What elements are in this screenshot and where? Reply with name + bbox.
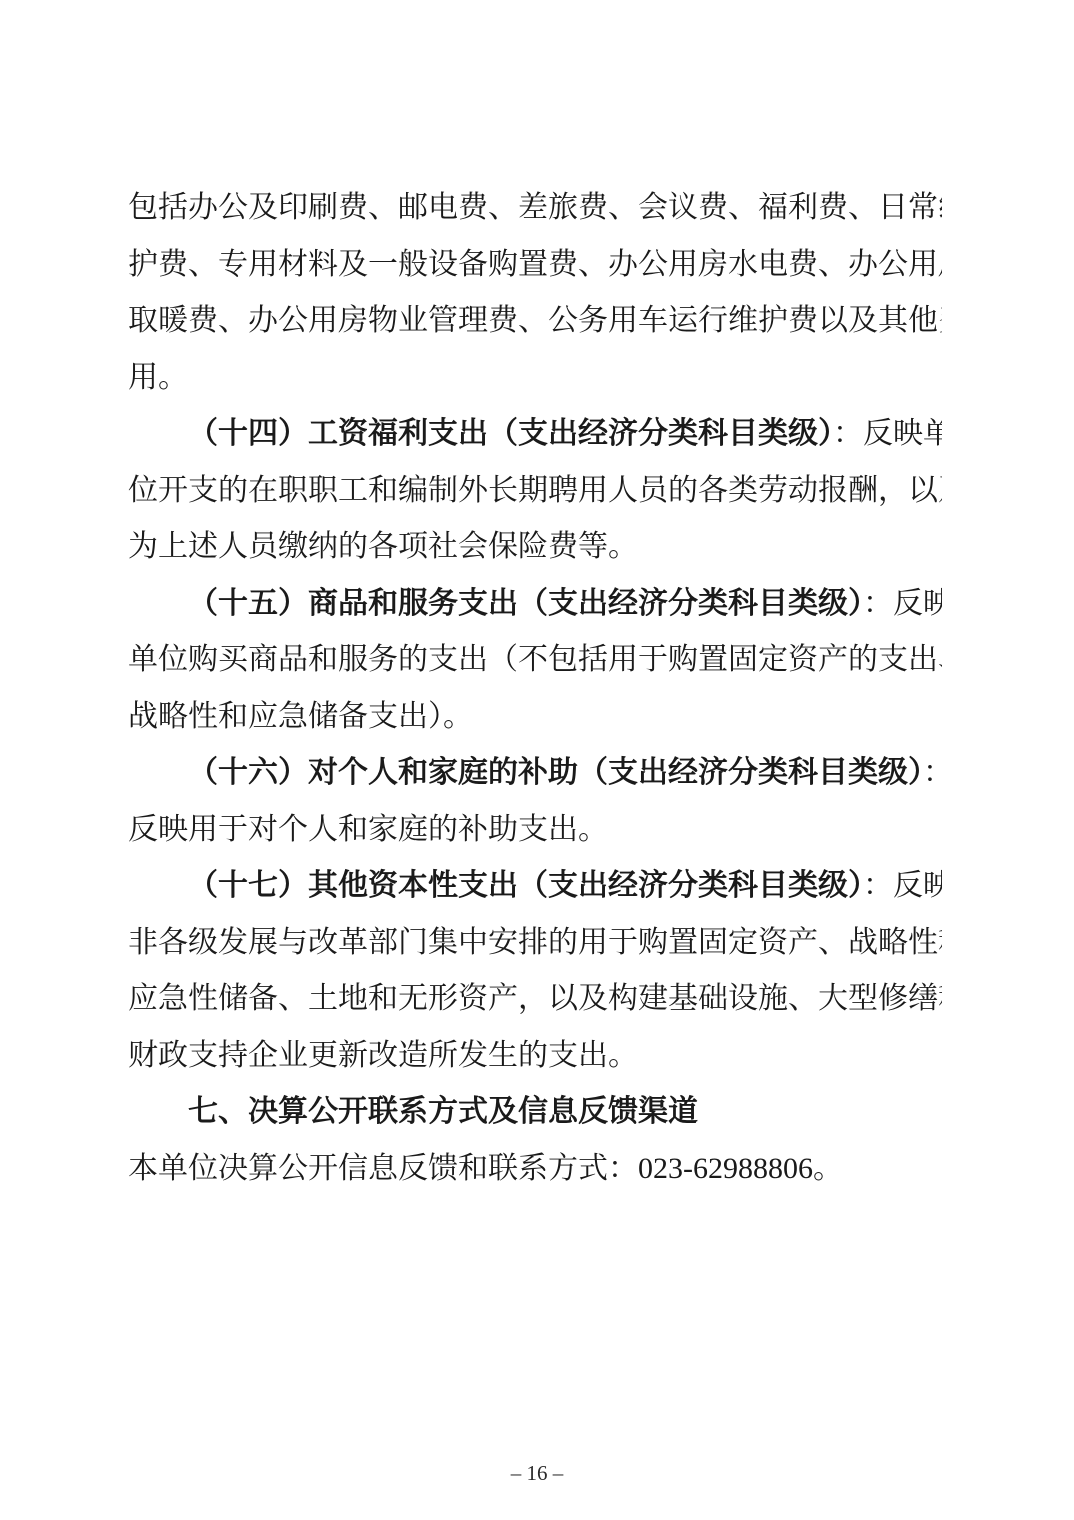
body-text: 包括办公及印刷费、邮电费、差旅费、会议费、福利费、日常维	[128, 191, 942, 224]
text-line: 护费、专用材料及一般设备购置费、办公用房水电费、办公用房	[128, 237, 942, 294]
body-text: 应急性储备、土地和无形资产，以及构建基础设施、大型修缮和	[128, 982, 942, 1015]
paragraph-item-17-other-capital: （十七）其他资本性支出（支出经济分类科目类级）：反映 非各级发展与改革部门集中安…	[128, 858, 942, 1084]
paragraph-item-16-subsidies: （十六）对个人和家庭的补助（支出经济分类科目类级）： 反映用于对个人和家庭的补助…	[128, 745, 942, 858]
body-text: 护费、专用材料及一般设备购置费、办公用房水电费、办公用房	[128, 248, 942, 281]
section-heading-7-feedback-channels: 七、决算公开联系方式及信息反馈渠道	[128, 1084, 942, 1141]
text-line: （十四）工资福利支出（支出经济分类科目类级）：反映单	[128, 406, 942, 463]
document-body: 包括办公及印刷费、邮电费、差旅费、会议费、福利费、日常维 护费、专用材料及一般设…	[128, 180, 942, 1197]
item-lead-bold: （十六）对个人和家庭的补助（支出经济分类科目类级）	[188, 756, 923, 789]
text-line: 单位购买商品和服务的支出（不包括用于购置固定资产的支出、	[128, 632, 942, 689]
body-text: 为上述人员缴纳的各项社会保险费等。	[128, 530, 638, 563]
body-text: 反映用于对个人和家庭的补助支出。	[128, 813, 608, 846]
text-line: 用。	[128, 350, 942, 407]
body-text: 位开支的在职职工和编制外长期聘用人员的各类劳动报酬，以及	[128, 474, 942, 507]
paragraph-expense-items-continued: 包括办公及印刷费、邮电费、差旅费、会议费、福利费、日常维 护费、专用材料及一般设…	[128, 180, 942, 406]
item-lead-bold: （十五）商品和服务支出（支出经济分类科目类级）	[188, 587, 863, 620]
body-text: 取暖费、办公用房物业管理费、公务用车运行维护费以及其他费	[128, 304, 942, 337]
text-line: 本单位决算公开信息反馈和联系方式：023-62988806。	[128, 1141, 942, 1198]
text-line: （十五）商品和服务支出（支出经济分类科目类级）：反映	[128, 576, 942, 633]
paragraph-item-14-wage-welfare: （十四）工资福利支出（支出经济分类科目类级）：反映单 位开支的在职职工和编制外长…	[128, 406, 942, 576]
text-line: 包括办公及印刷费、邮电费、差旅费、会议费、福利费、日常维	[128, 180, 942, 237]
text-line: （十六）对个人和家庭的补助（支出经济分类科目类级）：	[128, 745, 942, 802]
paragraph-contact-info: 本单位决算公开信息反馈和联系方式：023-62988806。	[128, 1141, 942, 1198]
text-line: 战略性和应急储备支出）。	[128, 689, 942, 746]
page-number: – 16 –	[0, 1458, 1074, 1488]
body-text: 单位购买商品和服务的支出（不包括用于购置固定资产的支出、	[128, 643, 942, 676]
body-text: 财政支持企业更新改造所发生的支出。	[128, 1039, 638, 1072]
body-text: 非各级发展与改革部门集中安排的用于购置固定资产、战略性和	[128, 926, 942, 959]
contact-text: 本单位决算公开信息反馈和联系方式：023-62988806。	[128, 1152, 843, 1185]
item-lead-bold: （十七）其他资本性支出（支出经济分类科目类级）	[188, 869, 863, 902]
body-text: ：反映	[863, 869, 942, 902]
text-line: 取暖费、办公用房物业管理费、公务用车运行维护费以及其他费	[128, 293, 942, 350]
section-heading: 七、决算公开联系方式及信息反馈渠道	[128, 1084, 942, 1141]
heading-text: 七、决算公开联系方式及信息反馈渠道	[188, 1095, 698, 1128]
text-line: （十七）其他资本性支出（支出经济分类科目类级）：反映	[128, 858, 942, 915]
text-line: 应急性储备、土地和无形资产，以及构建基础设施、大型修缮和	[128, 971, 942, 1028]
text-line: 为上述人员缴纳的各项社会保险费等。	[128, 519, 942, 576]
paragraph-item-15-goods-services: （十五）商品和服务支出（支出经济分类科目类级）：反映 单位购买商品和服务的支出（…	[128, 576, 942, 746]
document-page: 包括办公及印刷费、邮电费、差旅费、会议费、福利费、日常维 护费、专用材料及一般设…	[0, 0, 1074, 1520]
body-text: ：反映	[863, 587, 942, 620]
item-lead-bold: （十四）工资福利支出（支出经济分类科目类级）	[188, 417, 833, 450]
text-line: 财政支持企业更新改造所发生的支出。	[128, 1028, 942, 1085]
body-text: 战略性和应急储备支出）。	[128, 700, 473, 733]
text-line: 位开支的在职职工和编制外长期聘用人员的各类劳动报酬，以及	[128, 463, 942, 520]
text-line: 反映用于对个人和家庭的补助支出。	[128, 802, 942, 859]
body-text: ：反映单	[833, 417, 942, 450]
text-line: 非各级发展与改革部门集中安排的用于购置固定资产、战略性和	[128, 915, 942, 972]
body-text: ：	[923, 756, 942, 789]
body-text: 用。	[128, 361, 188, 394]
